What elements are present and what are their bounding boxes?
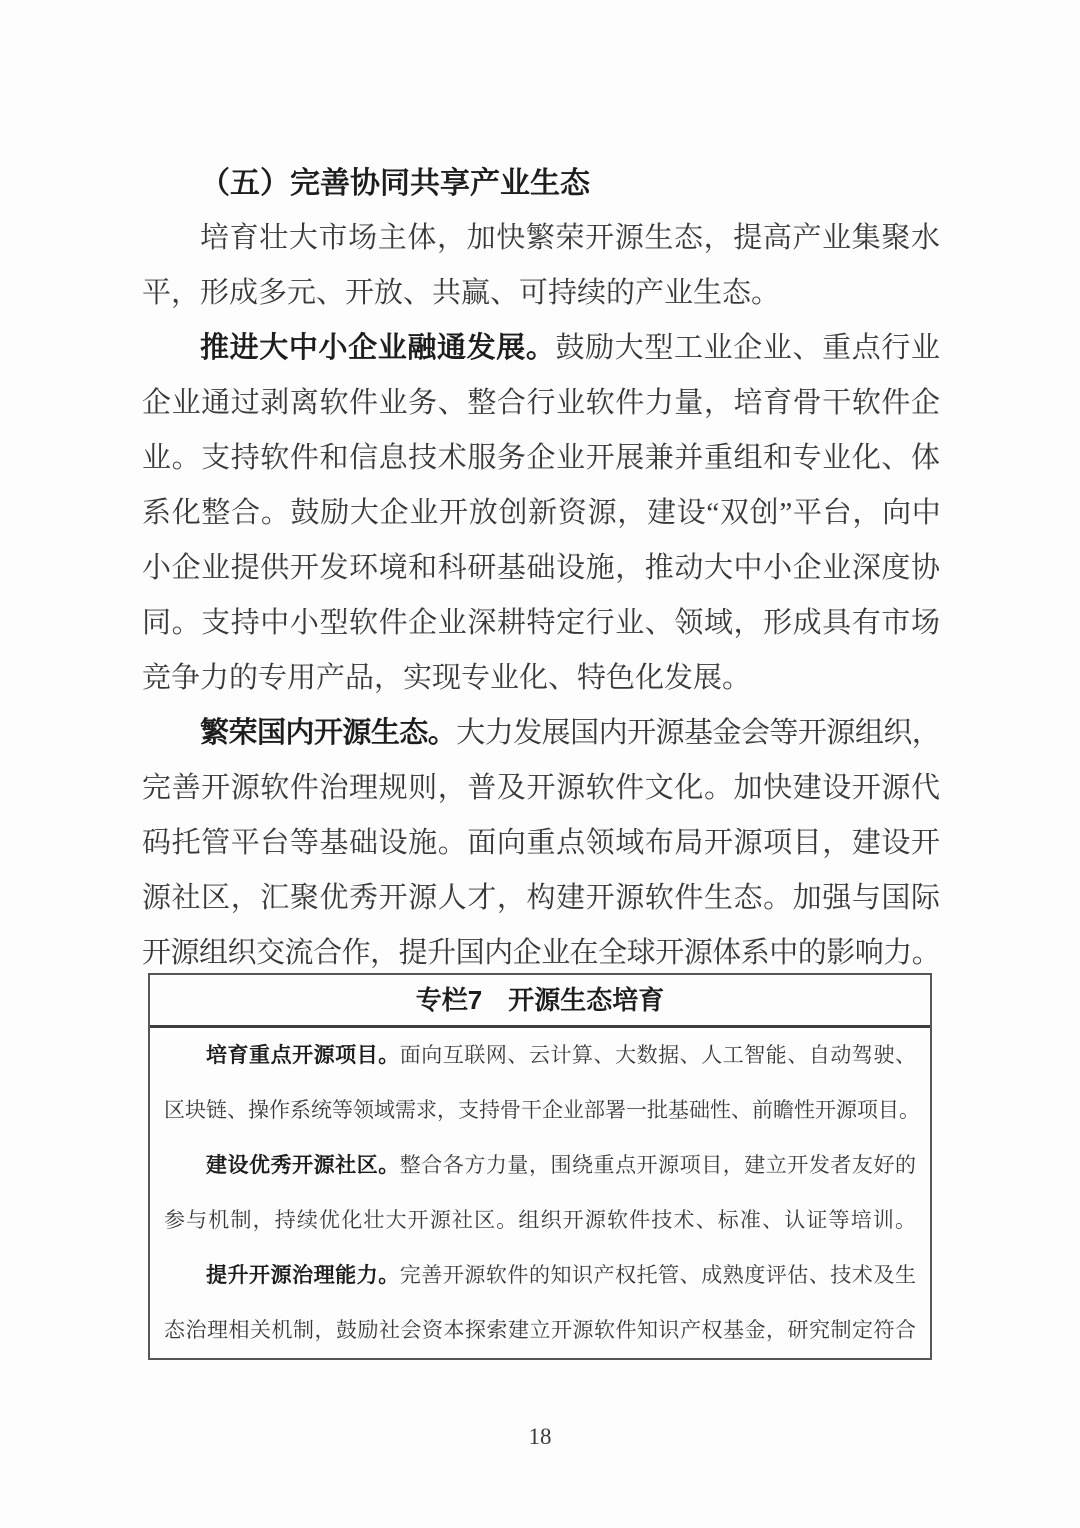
column-panel-7: 专栏7 开源生态培育 培育重点开源项目。面向互联网、云计算、大数据、人工智能、自… <box>148 973 932 1360</box>
panel-text-line: 参与机制，持续优化壮大开源社区。组织开源软件技术、标准、认证等培训。 <box>164 1193 916 1248</box>
bold-lead: 建设优秀开源社区。 <box>206 1154 400 1177</box>
text-line: 企业通过剥离软件业务、整合行业软件力量，培育骨干软件企 <box>142 376 940 431</box>
bold-lead: 提升开源治理能力。 <box>206 1264 400 1287</box>
bold-lead: 推进大中小企业融通发展。 <box>200 332 556 364</box>
bold-lead: 培育重点开源项目。 <box>206 1044 400 1067</box>
bold-lead: 繁荣国内开源生态。 <box>200 717 456 749</box>
text-line: 系化整合。鼓励大企业开放创新资源，建设“双创”平台，向中 <box>142 486 940 541</box>
text-line: 码托管平台等基础设施。面向重点领域布局开源项目，建设开 <box>142 816 940 871</box>
document-page: （五）完善协同共享产业生态 培育壮大市场主体，加快繁荣开源生态，提高产业集聚水 … <box>0 0 1080 1528</box>
section-heading: （五）完善协同共享产业生态 <box>142 156 940 211</box>
text-line: 推进大中小企业融通发展。鼓励大型工业企业、重点行业 <box>142 321 940 376</box>
panel-title: 专栏7 开源生态培育 <box>150 975 930 1028</box>
text-line: 业。支持软件和信息技术服务企业开展兼并重组和专业化、体 <box>142 431 940 486</box>
panel-text-line: 区块链、操作系统等领域需求，支持骨干企业部署一批基础性、前瞻性开源项目。 <box>164 1083 916 1138</box>
text-run: 大力发展国内开源基金会等开源组织， <box>456 717 940 749</box>
section-content: （五）完善协同共享产业生态 培育壮大市场主体，加快繁荣开源生态，提高产业集聚水 … <box>142 156 940 981</box>
text-run: 面向互联网、云计算、大数据、人工智能、自动驾驶、 <box>400 1043 916 1067</box>
panel-body: 培育重点开源项目。面向互联网、云计算、大数据、人工智能、自动驾驶、 区块链、操作… <box>150 1028 930 1358</box>
text-line: 繁荣国内开源生态。大力发展国内开源基金会等开源组织， <box>142 706 940 761</box>
page-number: 18 <box>0 1424 1080 1450</box>
text-line: 小企业提供开发环境和科研基础设施，推动大中小企业深度协 <box>142 541 940 596</box>
panel-text-line: 建设优秀开源社区。整合各方力量，围绕重点开源项目，建立开发者友好的 <box>164 1138 916 1193</box>
panel-text-line: 态治理相关机制，鼓励社会资本探索建立开源软件知识产权基金，研究制定符合 <box>164 1303 916 1358</box>
text-line: 完善开源软件治理规则，普及开源软件文化。加快建设开源代 <box>142 761 940 816</box>
text-line: 培育壮大市场主体，加快繁荣开源生态，提高产业集聚水 <box>142 211 940 266</box>
text-run: 鼓励大型工业企业、重点行业 <box>556 332 941 364</box>
text-run: 完善开源软件的知识产权托管、成熟度评估、技术及生 <box>400 1263 916 1287</box>
panel-text-line: 提升开源治理能力。完善开源软件的知识产权托管、成熟度评估、技术及生 <box>164 1248 916 1303</box>
text-run: 整合各方力量，围绕重点开源项目，建立开发者友好的 <box>400 1153 916 1177</box>
text-line: 同。支持中小型软件企业深耕特定行业、领域，形成具有市场 <box>142 596 940 651</box>
text-line: 竞争力的专用产品，实现专业化、特色化发展。 <box>142 651 940 706</box>
text-line: 平，形成多元、开放、共赢、可持续的产业生态。 <box>142 266 940 321</box>
panel-text-line: 培育重点开源项目。面向互联网、云计算、大数据、人工智能、自动驾驶、 <box>164 1028 916 1083</box>
text-line: 源社区，汇聚优秀开源人才，构建开源软件生态。加强与国际 <box>142 871 940 926</box>
